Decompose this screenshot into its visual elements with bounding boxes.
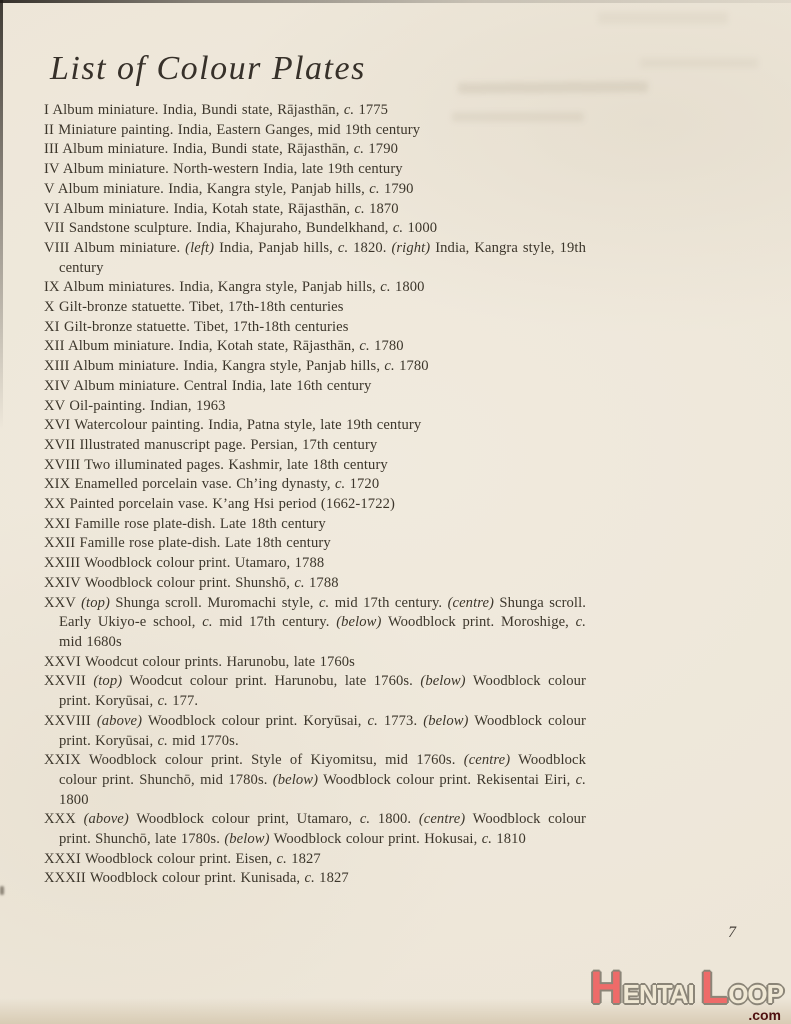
plate-entry-italic-text: (below) xyxy=(423,713,468,729)
plate-entry: IX Album miniatures. India, Kangra style… xyxy=(44,278,586,298)
plate-entry-text: XXI Famille rose plate-dish. Late 18th c… xyxy=(44,516,326,532)
plate-entry-text: XIX Enamelled porcelain vase. Ch’ing dyn… xyxy=(44,476,335,492)
plate-entry-italic-text: c. xyxy=(294,575,304,591)
plate-entry-text: 1773. xyxy=(378,713,423,729)
plate-entry-text: mid 1680s xyxy=(59,634,122,650)
plate-entry-italic-text: (right) xyxy=(391,240,430,256)
plate-entry-text: XXVI Woodcut colour prints. Harunobu, la… xyxy=(44,654,355,670)
plate-entry-italic-text: (below) xyxy=(273,772,318,788)
plate-entry-italic-text: c. xyxy=(354,141,364,157)
plate-entry: V Album miniature. India, Kangra style, … xyxy=(44,180,586,200)
plate-entry-italic-text: c. xyxy=(482,831,492,847)
plate-entry-text: XI Gilt-bronze statuette. Tibet, 17th-18… xyxy=(44,319,348,335)
plate-entry: XIII Album miniature. India, Kangra styl… xyxy=(44,357,586,377)
plate-entry-text: Woodblock colour print. Rekisentai Eiri, xyxy=(318,772,576,788)
bleed-through-mark xyxy=(598,12,728,24)
plate-entry-text: 1790 xyxy=(364,141,398,157)
plate-entry: XXV (top) Shunga scroll. Muromachi style… xyxy=(44,594,586,653)
plate-entry-text: India, Panjab hills, xyxy=(214,240,338,256)
plate-entry-italic-text: (above) xyxy=(97,713,142,729)
plate-entry-italic-text: (top) xyxy=(93,673,122,689)
plate-entry-text: XXIII Woodblock colour print. Utamaro, 1… xyxy=(44,555,324,571)
plate-entry-italic-text: c. xyxy=(380,279,390,295)
plate-entry-italic-text: c. xyxy=(305,870,315,886)
plate-entry-italic-text: c. xyxy=(393,220,403,236)
plate-entry: XXI Famille rose plate-dish. Late 18th c… xyxy=(44,515,586,535)
plate-entry-text: XXIX Woodblock colour print. Style of Ki… xyxy=(44,752,464,768)
plate-entry-text: Woodblock colour print, Utamaro, xyxy=(129,811,360,827)
scan-edge-top xyxy=(0,0,791,3)
plate-entry-text: 1720 xyxy=(345,476,379,492)
plate-entry-italic-text: c. xyxy=(158,733,168,749)
plate-entry: III Album miniature. India, Bundi state,… xyxy=(44,140,586,160)
plate-entry: VIII Album miniature. (left) India, Panj… xyxy=(44,239,586,278)
plate-entry-text: 1000 xyxy=(403,220,437,236)
plate-entry: II Miniature painting. India, Eastern Ga… xyxy=(44,121,586,141)
plate-entry-text: Woodblock colour print. Koryūsai, xyxy=(142,713,367,729)
plate-entry-italic-text: c. xyxy=(576,614,586,630)
plate-entry: XX Painted porcelain vase. K’ang Hsi per… xyxy=(44,495,586,515)
plate-entry: XIX Enamelled porcelain vase. Ch’ing dyn… xyxy=(44,475,586,495)
plate-entry-text: VII Sandstone sculpture. India, Khajurah… xyxy=(44,220,393,236)
plate-entry-italic-text: (above) xyxy=(84,811,129,827)
plate-entry-text: Shunga scroll. Muromachi style, xyxy=(110,595,319,611)
watermark-domain-suffix: .com xyxy=(748,1008,781,1022)
plate-entry-text: XVII Illustrated manuscript page. Persia… xyxy=(44,437,377,453)
plate-entry-italic-text: c. xyxy=(576,772,586,788)
plate-entry: XXIII Woodblock colour print. Utamaro, 1… xyxy=(44,554,586,574)
plate-entry-italic-text: c. xyxy=(368,713,378,729)
plate-entry-text: Woodcut colour print. Harunobu, late 176… xyxy=(122,673,420,689)
plate-entry-text: IV Album miniature. North-western India,… xyxy=(44,161,403,177)
plate-entry-text: mid 17th century. xyxy=(329,595,447,611)
plate-entry-text: mid 17th century. xyxy=(213,614,337,630)
plate-entry-italic-text: c. xyxy=(369,181,379,197)
plate-list: I Album miniature. India, Bundi state, R… xyxy=(44,101,586,889)
plate-entry-italic-text: c. xyxy=(335,476,345,492)
plate-entry: XVIII Two illuminated pages. Kashmir, la… xyxy=(44,456,586,476)
page-number: 7 xyxy=(728,924,736,942)
plate-entry-italic-text: (centre) xyxy=(419,811,465,827)
plate-entry-italic-text: (top) xyxy=(81,595,110,611)
page-title: List of Colour Plates xyxy=(50,50,366,88)
plate-entry-text: 1800 xyxy=(59,792,89,808)
plate-entry-text: 1788 xyxy=(305,575,339,591)
plate-entry: XXVI Woodcut colour prints. Harunobu, la… xyxy=(44,653,586,673)
plate-entry-text: XXV xyxy=(44,595,81,611)
plate-entry-italic-text: c. xyxy=(202,614,212,630)
plate-entry-text: VIII Album miniature. xyxy=(44,240,185,256)
plate-entry-text: 1800. xyxy=(370,811,419,827)
plate-entry: XVII Illustrated manuscript page. Persia… xyxy=(44,436,586,456)
plate-entry-italic-text: (below) xyxy=(336,614,381,630)
plate-entry: XXVII (top) Woodcut colour print. Haruno… xyxy=(44,672,586,711)
plate-entry-text: X Gilt-bronze statuette. Tibet, 17th-18t… xyxy=(44,299,344,315)
plate-entry-italic-text: (below) xyxy=(224,831,269,847)
plate-entry-text: mid 1770s. xyxy=(168,733,239,749)
plate-entry-italic-text: c. xyxy=(338,240,348,256)
plate-entry-text: XX Painted porcelain vase. K’ang Hsi per… xyxy=(44,496,395,512)
plate-entry-text: XXIV Woodblock colour print. Shunshō, xyxy=(44,575,294,591)
plate-entry-italic-text: c. xyxy=(359,338,369,354)
watermark-letter-h: H xyxy=(590,962,623,1013)
plate-entry-text: V Album miniature. India, Kangra style, … xyxy=(44,181,369,197)
plate-entry-italic-text: (below) xyxy=(420,673,465,689)
watermark-letter-l: L xyxy=(701,962,729,1013)
scan-speck xyxy=(0,886,4,895)
plate-entry-text: 1810 xyxy=(492,831,526,847)
plate-entry-text: XVI Watercolour painting. India, Patna s… xyxy=(44,417,421,433)
plate-entry-text: 1870 xyxy=(365,201,399,217)
plate-entry-text: 1827 xyxy=(315,870,349,886)
plate-entry: XXIX Woodblock colour print. Style of Ki… xyxy=(44,751,586,810)
plate-entry-italic-text: (centre) xyxy=(448,595,494,611)
plate-entry-text: XXVII xyxy=(44,673,93,689)
plate-entry-italic-text: c. xyxy=(158,693,168,709)
plate-entry-text: 1780 xyxy=(395,358,429,374)
plate-entry: XVI Watercolour painting. India, Patna s… xyxy=(44,416,586,436)
plate-entry: XI Gilt-bronze statuette. Tibet, 17th-18… xyxy=(44,318,586,338)
plate-entry-text: IX Album miniatures. India, Kangra style… xyxy=(44,279,380,295)
plate-entry-italic-text: c. xyxy=(277,851,287,867)
plate-entry-italic-text: c. xyxy=(354,201,364,217)
plate-entry: IV Album miniature. North-western India,… xyxy=(44,160,586,180)
plate-entry: VII Sandstone sculpture. India, Khajurah… xyxy=(44,219,586,239)
plate-entry-italic-text: c. xyxy=(384,358,394,374)
plate-entry-text: XXVIII xyxy=(44,713,97,729)
plate-entry-text: 1790 xyxy=(380,181,414,197)
plate-entry: XXXII Woodblock colour print. Kunisada, … xyxy=(44,869,586,889)
plate-entry-text: 1827 xyxy=(287,851,321,867)
plate-entry: XXVIII (above) Woodblock colour print. K… xyxy=(44,712,586,751)
plate-entry-italic-text: c. xyxy=(319,595,329,611)
plate-entry-text: II Miniature painting. India, Eastern Ga… xyxy=(44,122,420,138)
plate-entry-italic-text: (centre) xyxy=(464,752,510,768)
plate-entry-text: 1820. xyxy=(348,240,391,256)
plate-entry-text: XXII Famille rose plate-dish. Late 18th … xyxy=(44,535,331,551)
plate-entry: I Album miniature. India, Bundi state, R… xyxy=(44,101,586,121)
plate-entry-text: XIII Album miniature. India, Kangra styl… xyxy=(44,358,384,374)
watermark: HENTAILOOP .com xyxy=(590,965,783,1022)
book-page: List of Colour Plates I Album miniature.… xyxy=(0,0,791,1024)
plate-entry-text: XVIII Two illuminated pages. Kashmir, la… xyxy=(44,457,388,473)
plate-entry-text: Woodblock colour print. Hokusai, xyxy=(270,831,482,847)
plate-entry: XXX (above) Woodblock colour print, Utam… xyxy=(44,810,586,849)
plate-entry-italic-text: (left) xyxy=(185,240,214,256)
plate-entry-text: I Album miniature. India, Bundi state, R… xyxy=(44,102,344,118)
bleed-through-mark xyxy=(458,81,648,94)
plate-entry-text: 1800 xyxy=(391,279,425,295)
plate-entry: XIV Album miniature. Central India, late… xyxy=(44,377,586,397)
plate-entry-italic-text: c. xyxy=(360,811,370,827)
plate-entry-text: XIV Album miniature. Central India, late… xyxy=(44,378,371,394)
watermark-text-oop: OOP xyxy=(728,979,783,1009)
plate-entry-text: Woodblock print. Moroshige, xyxy=(381,614,575,630)
plate-entry-text: XV Oil-painting. Indian, 1963 xyxy=(44,398,226,414)
plate-entry-text: XXXI Woodblock colour print. Eisen, xyxy=(44,851,277,867)
plate-entry-text: XXX xyxy=(44,811,84,827)
plate-entry-text: III Album miniature. India, Bundi state,… xyxy=(44,141,354,157)
plate-entry: XXXI Woodblock colour print. Eisen, c. 1… xyxy=(44,850,586,870)
plate-entry: X Gilt-bronze statuette. Tibet, 17th-18t… xyxy=(44,298,586,318)
plate-entry: XXII Famille rose plate-dish. Late 18th … xyxy=(44,534,586,554)
plate-entry: XXIV Woodblock colour print. Shunshō, c.… xyxy=(44,574,586,594)
plate-entry: VI Album miniature. India, Kotah state, … xyxy=(44,200,586,220)
bleed-through-mark xyxy=(640,58,758,68)
plate-entry-text: 1780 xyxy=(370,338,404,354)
watermark-text-entai: ENTAI xyxy=(623,979,694,1009)
scanned-book-page: { "page": { "title": "List of Colour Pla… xyxy=(0,0,791,1024)
plate-entry: XII Album miniature. India, Kotah state,… xyxy=(44,337,586,357)
plate-entry-text: XII Album miniature. India, Kotah state,… xyxy=(44,338,359,354)
scan-edge-left xyxy=(0,0,3,430)
plate-entry-italic-text: c. xyxy=(344,102,354,118)
plate-entry-text: XXXII Woodblock colour print. Kunisada, xyxy=(44,870,305,886)
plate-entry-text: VI Album miniature. India, Kotah state, … xyxy=(44,201,354,217)
plate-entry: XV Oil-painting. Indian, 1963 xyxy=(44,397,586,417)
plate-entry-text: 1775 xyxy=(354,102,388,118)
plate-entry-text: 177. xyxy=(168,693,198,709)
